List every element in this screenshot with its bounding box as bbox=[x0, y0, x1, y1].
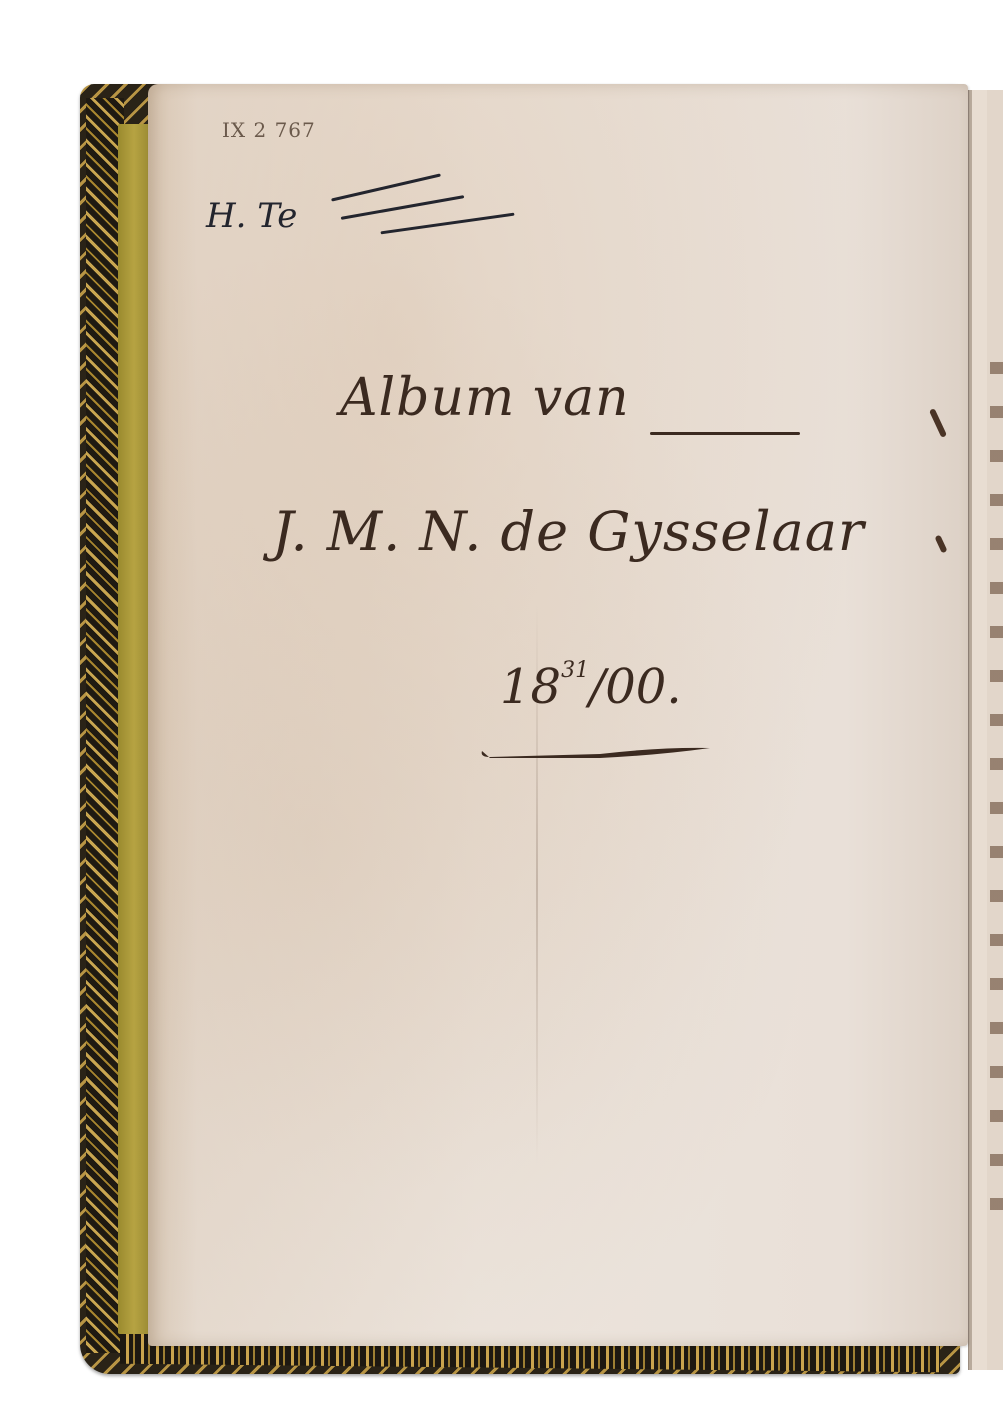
album-date: 1831/00. bbox=[500, 658, 682, 715]
title-page bbox=[148, 84, 968, 1346]
title-line-tail bbox=[650, 432, 800, 435]
date-main: 18 bbox=[500, 659, 561, 715]
album-owner-name: J. M. N. de Gysselaar bbox=[272, 500, 865, 563]
next-page-handwriting bbox=[990, 344, 1003, 1224]
date-superscript: 31 bbox=[561, 658, 589, 683]
book bbox=[80, 84, 980, 1380]
date-underline-flourish bbox=[480, 745, 715, 759]
pencil-shelfmark: IX 2 767 bbox=[222, 118, 316, 142]
album-title: Album van bbox=[340, 368, 630, 428]
date-rest: /00. bbox=[589, 659, 682, 715]
owner-signature: H. Te bbox=[206, 196, 297, 236]
